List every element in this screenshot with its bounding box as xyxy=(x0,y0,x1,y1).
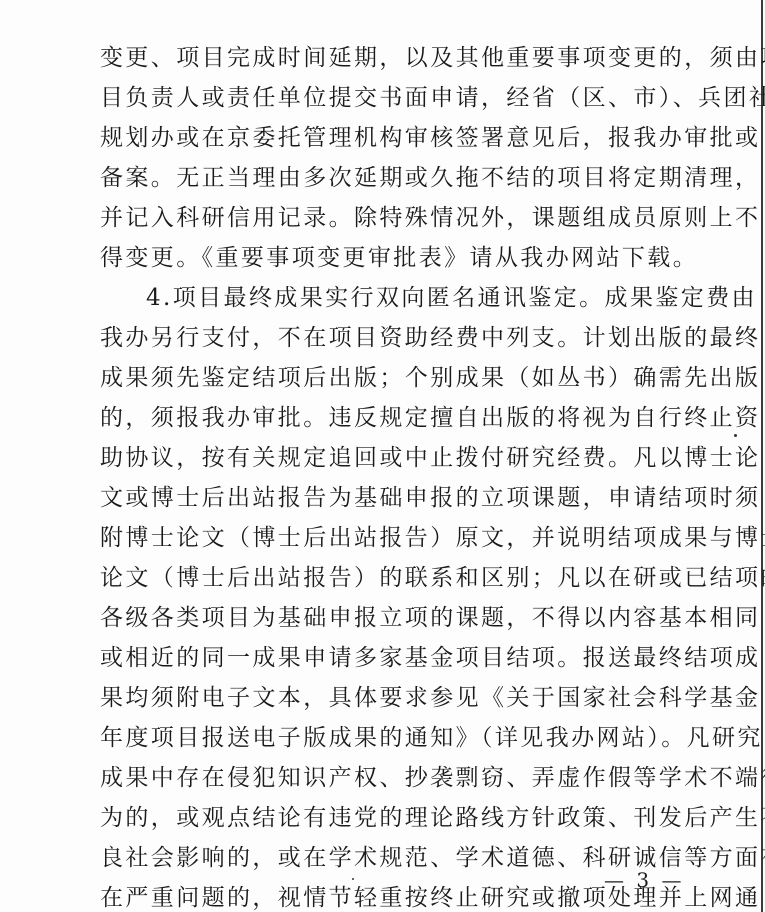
scan-speck xyxy=(734,434,737,437)
text-line: 论文（博士后出站报告）的联系和区别；凡以在研或已结项的 xyxy=(100,558,660,598)
text-line: 成果中存在侵犯知识产权、抄袭剽窃、弄虚作假等学术不端行 xyxy=(100,758,660,798)
text-line: 或相近的同一成果申请多家基金项目结项。报送最终结项成 xyxy=(100,638,660,678)
scan-speck xyxy=(352,878,354,880)
text-line: 年度项目报送电子版成果的通知》（详见我办网站）。凡研究 xyxy=(100,718,660,758)
text-line: 得变更。《重要事项变更审批表》请从我办网站下载。 xyxy=(100,238,660,278)
text-line: 附博士论文（博士后出站报告）原文，并说明结项成果与博士 xyxy=(100,518,660,558)
text-line: 规划办或在京委托管理机构审核签署意见后，报我办审批或 xyxy=(100,118,660,158)
text-line: 良社会影响的，或在学术规范、学术道德、科研诚信等方面存 xyxy=(100,838,660,878)
text-line: 文或博士后出站报告为基础申报的立项课题，申请结项时须 xyxy=(100,478,660,518)
text-line: 各级各类项目为基础申报立项的课题，不得以内容基本相同 xyxy=(100,598,660,638)
text-line: 的，须报我办审批。违反规定擅自出版的将视为自行终止资 xyxy=(100,398,660,438)
body-text: 变更、项目完成时间延期，以及其他重要事项变更的，须由项 目负责人或责任单位提交书… xyxy=(100,38,660,912)
page-number: — 3 — xyxy=(604,868,684,892)
text-line: 备案。无正当理由多次延期或久拖不结的项目将定期清理， xyxy=(100,158,660,198)
scanned-document-page: 变更、项目完成时间延期，以及其他重要事项变更的，须由项 目负责人或责任单位提交书… xyxy=(0,0,765,912)
text-line: 果均须附电子文本，具体要求参见《关于国家社会科学基金 xyxy=(100,678,660,718)
text-line: 为的，或观点结论有违党的理论路线方针政策、刊发后产生不 xyxy=(100,798,660,838)
text-line: 成果须先鉴定结项后出版；个别成果（如丛书）确需先出版 xyxy=(100,358,660,398)
text-line: 变更、项目完成时间延期，以及其他重要事项变更的，须由项 xyxy=(100,38,660,78)
text-line: 我办另行支付，不在项目资助经费中列支。计划出版的最终 xyxy=(100,318,660,358)
text-line: 在严重问题的，视情节轻重按终止研究或撤项处理并上网通 xyxy=(100,878,660,912)
text-line: 助协议，按有关规定追回或中止拨付研究经费。凡以博士论 xyxy=(100,438,660,478)
text-line: 并记入科研信用记录。除特殊情况外，课题组成员原则上不 xyxy=(100,198,660,238)
paragraph-4-start: 4.项目最终成果实行双向匿名通讯鉴定。成果鉴定费由 xyxy=(100,278,660,318)
text-line: 目负责人或责任单位提交书面申请，经省（区、市）、兵团社科 xyxy=(100,78,660,118)
